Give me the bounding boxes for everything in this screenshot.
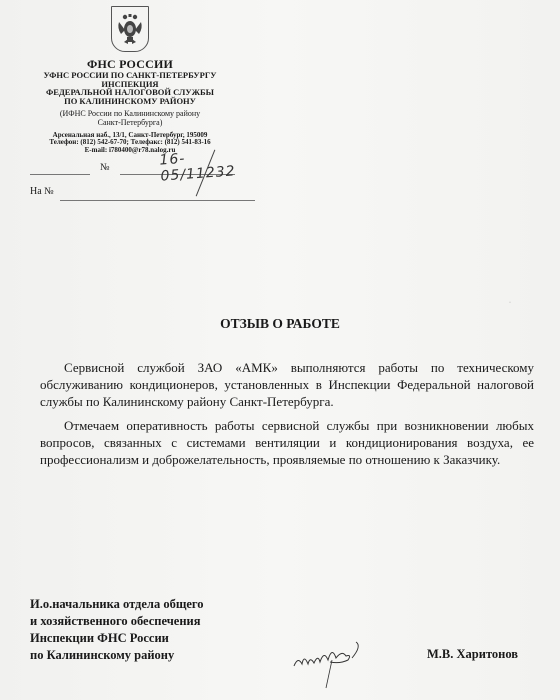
registration-number-row: № 16-05/11232: [30, 162, 230, 176]
number-label: №: [100, 162, 110, 173]
handwritten-registration-number: 16-05/11232: [159, 147, 236, 184]
handwritten-signature-icon: [290, 636, 370, 696]
signatory-position: И.о.начальника отдела общего и хозяйстве…: [30, 596, 204, 664]
body-paragraph-1: Сервисной службой ЗАО «АМК» выполняются …: [40, 359, 534, 410]
position-line-4: по Калининскому району: [30, 647, 204, 664]
reference-label: На №: [30, 186, 54, 197]
scan-speck: ·: [509, 300, 511, 306]
position-line-2: и хозяйственного обеспечения: [30, 613, 204, 630]
date-line: [30, 174, 90, 175]
reference-line: [60, 200, 255, 201]
short-name-line-2: Санкт-Петербурга): [30, 119, 230, 127]
position-line-3: Инспекции ФНС России: [30, 630, 204, 647]
position-line-1: И.о.начальника отдела общего: [30, 596, 204, 613]
signer-name: М.В. Харитонов: [427, 647, 518, 662]
scanned-letter-page: ФНС РОССИИ УФНС РОССИИ ПО САНКТ-ПЕТЕРБУР…: [0, 0, 560, 700]
org-name: ФНС РОССИИ: [30, 58, 230, 71]
inspection-line-3: ПО КАЛИНИНСКОМУ РАЙОНУ: [30, 97, 230, 106]
coat-of-arms-emblem-icon: [111, 6, 149, 52]
letterhead: ФНС РОССИИ УФНС РОССИИ ПО САНКТ-ПЕТЕРБУР…: [30, 6, 230, 154]
body-paragraph-2: Отмечаем оперативность работы сервисной …: [40, 417, 534, 468]
document-title: ОТЗЫВ О РАБОТЕ: [0, 316, 560, 332]
